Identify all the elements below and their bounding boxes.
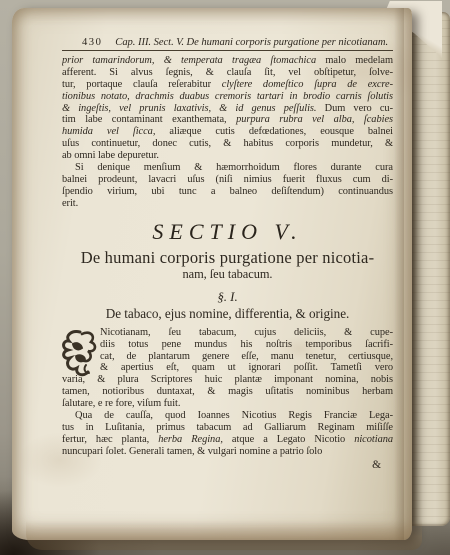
catchword: & (62, 460, 393, 472)
paragraph-si-denique: Si denique menſium & hæmorrhoidum flores… (62, 162, 393, 210)
text-segment: Dum vero cu- (316, 103, 393, 114)
text-segment: tur, portaque clauſa reſerabitur (62, 79, 222, 90)
text-segment: malo medelam (316, 55, 393, 66)
section-heading: SECTIO V. (62, 219, 393, 245)
italic-segment: tionibus notato, drachmis duabus cremori… (62, 91, 393, 102)
text-line: nuncupari ſolet. Generali tamen, & vulga… (62, 446, 393, 458)
text-line: prior tamarindorum, & temperata tragæa ſ… (62, 55, 393, 67)
header-rule (62, 50, 393, 51)
text-segment: balnei prodeunt, lavacri uſus (niſi nimi… (62, 174, 393, 185)
running-title: Cap. III. Sect. V. De humani corporis pu… (110, 37, 393, 49)
running-header: 430 Cap. III. Sect. V. De humani corpori… (62, 37, 393, 49)
text-line: ſalutare, e re fore, viſum fuit. (62, 398, 393, 410)
text-line: uſus continuetur, donec cutis, & habitus… (62, 138, 393, 150)
text-block: 430 Cap. III. Sect. V. De humani corpori… (62, 37, 393, 472)
text-segment: Qua de cauſſa, quod Ioannes Nicotius Reg… (75, 410, 393, 421)
text-line: diis totus pene mundus his noſtris tempo… (62, 339, 393, 351)
italic-segment: purpura rubra vel alba, ſcabies (236, 114, 393, 125)
paragraph-nicotianam: Nicotianam, ſeu tabacum, cujus deliciis,… (62, 327, 393, 410)
text-line: & apertius eſt, quam ut ignorari poſſit.… (62, 362, 393, 374)
text-line: humida vel ſicca, aliæque cutis defœdati… (62, 126, 393, 138)
text-line: tur, portaque clauſa reſerabitur clyſter… (62, 79, 393, 91)
book-photograph: 430 Cap. III. Sect. V. De humani corpori… (0, 0, 450, 555)
bottom-deckle-edge (26, 520, 422, 550)
book-page: 430 Cap. III. Sect. V. De humani corpori… (12, 8, 412, 540)
text-line: tionibus notato, drachmis duabus cremori… (62, 91, 393, 103)
text-line: Qua de cauſſa, quod Ioannes Nicotius Reg… (62, 410, 393, 422)
text-segment: tus in Luſitania, primus tabacum ad Gall… (62, 422, 393, 433)
italic-segment: herba Regina, (158, 434, 223, 445)
text-line: erit. (62, 198, 393, 210)
text-segment: atque a Legato Nicotio (223, 434, 354, 445)
text-segment: aliæque cutis defœdationes, eousque baln… (155, 126, 393, 137)
text-line: tamen, notioribus duntaxat, & magis uſit… (62, 386, 393, 398)
text-segment: tim labe contaminant exanthemata, (62, 114, 236, 125)
text-line: ſpendio virium, ubi tunc a balneo deſiſt… (62, 186, 393, 198)
page-number: 430 (82, 37, 102, 49)
text-line: tus in Luſitania, primus tabacum ad Gall… (62, 422, 393, 434)
text-line: ab omni labe depuretur. (62, 150, 393, 162)
text-segment: ſalutare, e re fore, viſum fuit. (62, 398, 180, 409)
paragraph-continuation: prior tamarindorum, & temperata tragæa ſ… (62, 55, 393, 162)
text-segment: ſpendio virium, ubi tunc a balneo deſiſt… (62, 186, 393, 197)
text-segment: tamen, notioribus duntaxat, & magis uſit… (62, 386, 393, 397)
section-subtitle-line2: nam, ſeu tabacum. (62, 267, 393, 281)
text-segment: uſus continuetur, donec cutis, & habitus… (62, 138, 393, 149)
text-line: & ingeſtis, vel prunis laxativis, & id g… (62, 103, 393, 115)
text-line: balnei prodeunt, lavacri uſus (niſi nimi… (62, 174, 393, 186)
text-segment: Si denique menſium & hæmorrhoidum flores… (75, 162, 393, 173)
italic-segment: nicotiana (354, 434, 393, 445)
paragraph-qua-de-caussa: Qua de cauſſa, quod Ioannes Nicotius Reg… (62, 410, 393, 458)
italic-segment: clyſtere domeſtico ſupra de excre- (222, 79, 393, 90)
text-segment: cat, de plantarum genere eſſe, manu tene… (100, 351, 393, 362)
text-segment: nuncupari ſolet. Generali tamen, & vulga… (62, 446, 322, 457)
text-segment: varia, & plura Scriptores huic plantæ im… (62, 374, 393, 385)
text-segment: ab omni labe depuretur. (62, 150, 159, 161)
italic-segment: & ingeſtis, vel prunis laxativis, & id g… (62, 103, 316, 114)
text-segment: fertur, hæc planta, (62, 434, 158, 445)
foliate-initial-ornament-icon (61, 329, 99, 379)
text-line: varia, & plura Scriptores huic plantæ im… (62, 374, 393, 386)
text-segment: Nicotianam, ſeu tabacum, cujus deliciis,… (100, 327, 393, 338)
subsection-title: De tabaco, ejus nomine, differentia, & o… (62, 306, 393, 321)
text-line: afferent. Si alvus ſegnis, & clauſa ſit,… (62, 67, 393, 79)
text-segment: diis totus pene mundus his noſtris tempo… (100, 339, 393, 350)
italic-segment: prior tamarindorum, & temperata tragæa ſ… (62, 55, 316, 66)
text-line: Nicotianam, ſeu tabacum, cujus deliciis,… (62, 327, 393, 339)
section-subtitle-line1: De humani corporis purgatione per nicoti… (62, 248, 393, 267)
adjacent-page-edge (412, 12, 450, 526)
paragraph-number: §. I. (62, 290, 393, 304)
text-line: tim labe contaminant exanthemata, purpur… (62, 114, 393, 126)
text-segment: erit. (62, 198, 78, 209)
text-segment: & apertius eſt, quam ut ignorari poſſit.… (100, 362, 393, 373)
text-line: cat, de plantarum genere eſſe, manu tene… (62, 351, 393, 363)
text-line: Si denique menſium & hæmorrhoidum flores… (62, 162, 393, 174)
text-line: fertur, hæc planta, herba Regina, atque … (62, 434, 393, 446)
text-segment: afferent. Si alvus ſegnis, & clauſa ſit,… (62, 67, 393, 78)
italic-segment: humida vel ſicca, (62, 126, 155, 137)
